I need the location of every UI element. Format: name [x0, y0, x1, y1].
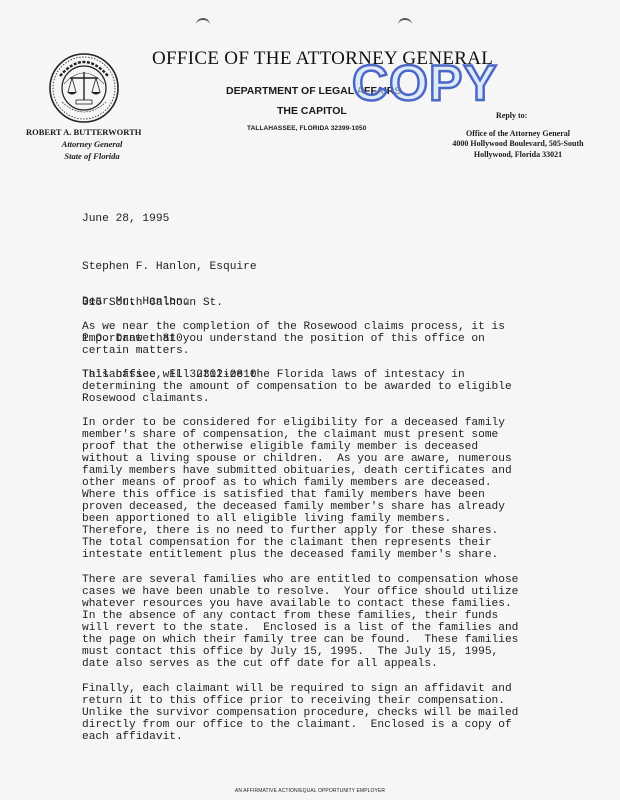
paragraph-line: will revert to the state. Enclosed is a … [82, 622, 518, 634]
paragraph-line: Finally, each claimant will be required … [82, 683, 518, 695]
letter-date: June 28, 1995 [82, 213, 169, 225]
paragraph-line: Where this office is satisfied that fami… [82, 489, 512, 501]
paragraph-line: intestate entitlement plus the deceased … [82, 549, 512, 561]
paragraph-line: proven deceased, the deceased family mem… [82, 501, 512, 513]
paragraph-line: been apportioned to all eligible living … [82, 513, 512, 525]
paragraph-line: the page on which their family tree can … [82, 634, 518, 646]
reply-to-label: Reply to: [496, 111, 527, 120]
reply-to-line: Office of the Attorney General [430, 129, 606, 138]
paragraph-line: Therefore, there is no need to further a… [82, 525, 512, 537]
paragraph-line: must contact this office by July 15, 199… [82, 646, 518, 658]
binder-hole-icon [398, 18, 412, 30]
paragraph-line: The total compensation for the claimant … [82, 537, 512, 549]
paragraph: There are several families who are entit… [82, 574, 518, 670]
office-city: TALLAHASSEE, FLORIDA 32399-1050 [247, 125, 366, 132]
letter-page: OFFICE OF THE ATTORNEY GENERAL DEPARTMEN… [0, 0, 620, 800]
paragraph-line: without a living spouse or children. As … [82, 453, 512, 465]
paragraph: As we near the completion of the Rosewoo… [82, 321, 505, 357]
state-seal-icon [48, 52, 120, 124]
paragraph-line: In order to be considered for eligibilit… [82, 417, 512, 429]
binder-hole-icon [196, 18, 210, 30]
building-name: THE CAPITOL [277, 105, 347, 117]
attorney-general-title: Attorney General [40, 139, 144, 149]
paragraph-line: directly from our office to the claimant… [82, 719, 518, 731]
paragraph-line: important that you understand the positi… [82, 333, 505, 345]
paragraph-line: determining the amount of compensation t… [82, 381, 512, 393]
paragraph-line: other means of proof as to which family … [82, 477, 512, 489]
paragraph-line: whatever resources you have available to… [82, 598, 518, 610]
paragraph-line: Rosewood claimants. [82, 393, 512, 405]
paragraph-line: Unlike the survivor compensation procedu… [82, 707, 518, 719]
paragraph-line: each affidavit. [82, 731, 518, 743]
reply-to-line: 4000 Hollywood Boulevard, 505-South [430, 139, 606, 148]
paragraph-line: In the absence of any contact from these… [82, 610, 518, 622]
paragraph: In order to be considered for eligibilit… [82, 417, 512, 561]
paragraph-line: proof that the otherwise eligible family… [82, 441, 512, 453]
copy-stamp: COPY [352, 58, 498, 108]
paragraph-line: certain matters. [82, 345, 505, 357]
paragraph-line: This office will utilize the Florida law… [82, 369, 512, 381]
recipient-line: Stephen F. Hanlon, Esquire [82, 261, 257, 273]
paragraph-line: As we near the completion of the Rosewoo… [82, 321, 505, 333]
attorney-general-state: State of Florida [40, 151, 144, 161]
paragraph-line: return it to this office prior to receiv… [82, 695, 518, 707]
paragraph-line: date also serves as the cut off date for… [82, 658, 518, 670]
paragraph: Finally, each claimant will be required … [82, 683, 518, 743]
paragraph-line: family members have submitted obituaries… [82, 465, 512, 477]
footer-eeo-notice: AN AFFIRMATIVE ACTION/EQUAL OPPORTUNITY … [0, 788, 620, 794]
paragraph-line: cases we have been unable to resolve. Yo… [82, 586, 518, 598]
paragraph-line: member's share of compensation, the clai… [82, 429, 512, 441]
salutation: Dear Mr. Hanlon: [82, 296, 189, 308]
paragraph: This office will utilize the Florida law… [82, 369, 512, 405]
reply-to-line: Hollywood, Florida 33021 [430, 150, 606, 159]
attorney-general-name: ROBERT A. BUTTERWORTH [26, 127, 130, 137]
paragraph-line: There are several families who are entit… [82, 574, 518, 586]
